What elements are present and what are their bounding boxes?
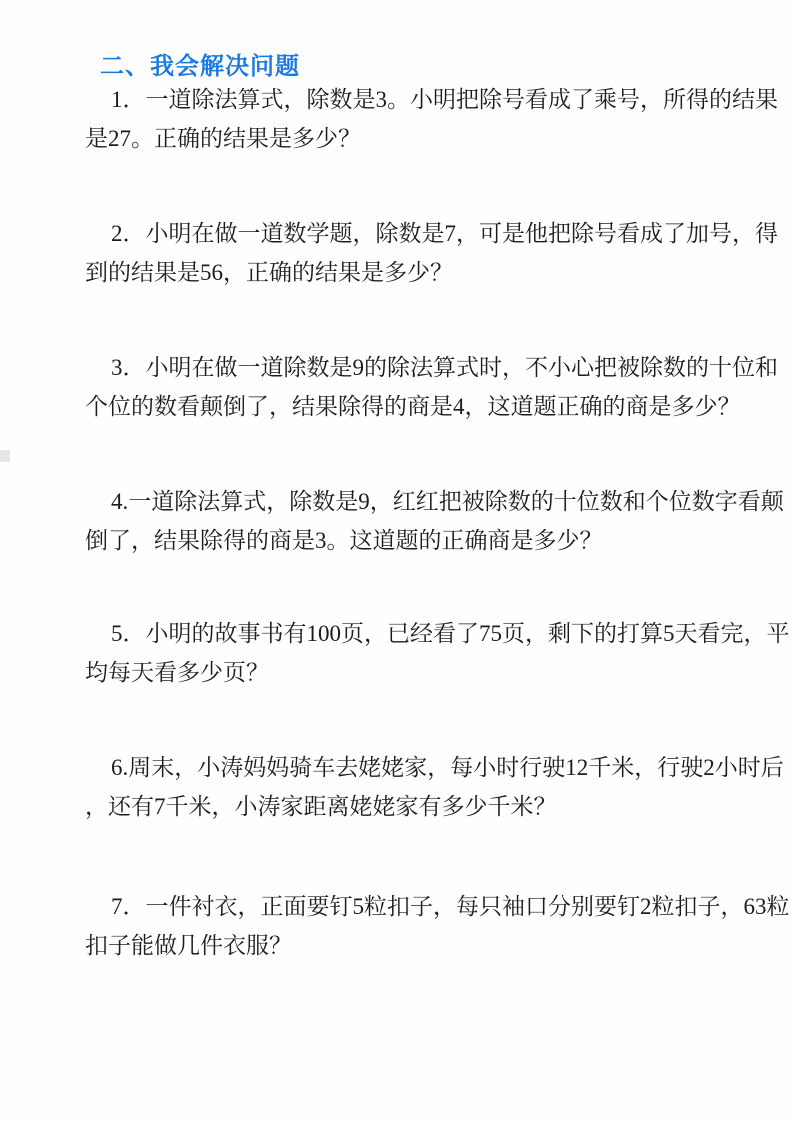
problem-2-line-2: 到的结果是56，正确的结果是多少？ [85,253,780,292]
problem-6-line-2: ，还有7千米，小涛家距离姥姥家有多少千米？ [85,787,780,826]
problem-7-line-1: 7．一件衬衣，正面要钉5粒扣子，每只袖口分别要钉2粒扣子，63粒 [85,887,780,926]
problem-4-line-1: 4.一道除法算式，除数是9，红红把被除数的十位数和个位数字看颠 [85,482,780,521]
problem-6-line-1: 6.周末，小涛妈妈骑车去姥姥家，每小时行驶12千米，行驶2小时后 [85,748,780,787]
problem-3-line-1: 3．小明在做一道除数是9的除法算式时，不小心把被除数的十位和 [85,348,780,387]
problem-2-line-1: 2．小明在做一道数学题，除数是7，可是他把除号看成了加号，得 [85,214,780,253]
section-heading: 二、我会解决问题 [100,46,300,81]
problem-3-line-2: 个位的数看颠倒了，结果除得的商是4，这道题正确的商是多少？ [85,387,780,426]
problem-7-line-2: 扣子能做几件衣服？ [85,926,780,965]
problem-5-line-1: 5．小明的故事书有100页，已经看了75页，剩下的打算5天看完，平 [85,614,780,653]
problem-4-line-2: 倒了，结果除得的商是3。这道题的正确商是多少？ [85,521,780,560]
problem-1-line-1: 1．一道除法算式，除数是3。小明把除号看成了乘号，所得的结果 [85,80,780,119]
problem-3: 3．小明在做一道除数是9的除法算式时，不小心把被除数的十位和 个位的数看颠倒了，… [85,348,780,426]
problem-1-line-2: 是27。正确的结果是多少？ [85,119,780,158]
problem-5-line-2: 均每天看多少页？ [85,653,780,692]
problem-2: 2．小明在做一道数学题，除数是7，可是他把除号看成了加号，得 到的结果是56，正… [85,214,780,292]
problem-7: 7．一件衬衣，正面要钉5粒扣子，每只袖口分别要钉2粒扣子，63粒 扣子能做几件衣… [85,887,780,965]
problem-1: 1．一道除法算式，除数是3。小明把除号看成了乘号，所得的结果 是27。正确的结果… [85,80,780,158]
worksheet-page: 二、我会解决问题 1．一道除法算式，除数是3。小明把除号看成了乘号，所得的结果 … [0,0,793,1122]
scan-artifact [0,450,10,462]
problem-6: 6.周末，小涛妈妈骑车去姥姥家，每小时行驶12千米，行驶2小时后 ，还有7千米，… [85,748,780,826]
problem-5: 5．小明的故事书有100页，已经看了75页，剩下的打算5天看完，平 均每天看多少… [85,614,780,692]
problem-4: 4.一道除法算式，除数是9，红红把被除数的十位数和个位数字看颠 倒了，结果除得的… [85,482,780,560]
